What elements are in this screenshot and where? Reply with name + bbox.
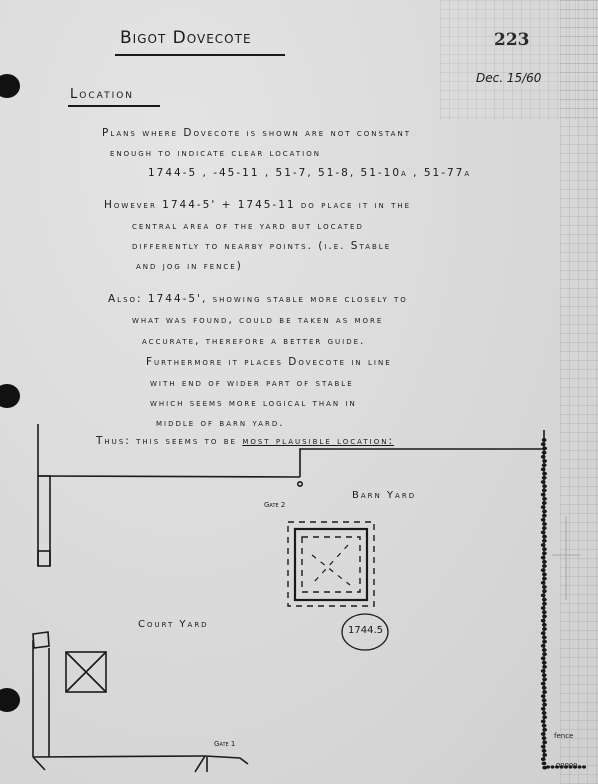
- stable-wall: [38, 476, 50, 566]
- stable-end: [33, 632, 49, 648]
- fence-line: [38, 476, 300, 477]
- gate-1-label: Gate 1: [214, 741, 235, 748]
- gate-2-label: Gate 2: [264, 502, 285, 509]
- plan-reference-label: 1744.5: [348, 626, 383, 636]
- fence-line: [33, 756, 205, 757]
- fence-jog: [300, 449, 544, 477]
- dovecote-location: [295, 529, 367, 600]
- dovecote-inner-dashed: [302, 537, 360, 592]
- fence-label: ooooo: [556, 762, 577, 769]
- fence-line: [205, 756, 248, 764]
- stable-end: [38, 551, 50, 566]
- north-arrow-icon: [552, 516, 580, 600]
- notebook-page: Bigot Dovecote 223 Dec. 15/60 Location P…: [0, 0, 598, 784]
- fence-label: fence: [554, 733, 573, 740]
- stone-wall: (function(){ var svgNS='http://www.w3.or…: [541, 438, 586, 769]
- court-yard-label: Court Yard: [138, 620, 209, 630]
- barn-yard-label: Barn Yard: [352, 491, 416, 501]
- site-sketch-map: (function(){ var svgNS='http://www.w3.or…: [0, 0, 598, 784]
